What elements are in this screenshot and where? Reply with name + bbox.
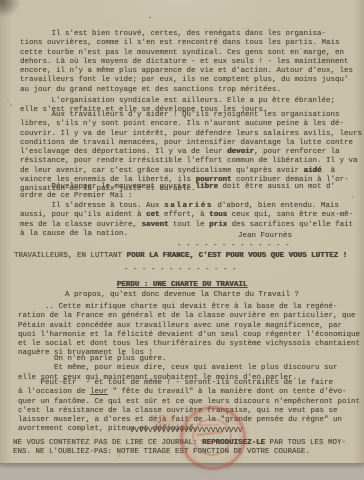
slogan-travailleurs: TRAVAILLEURS, EN LUTTANT POUR LA FRANCE,… xyxy=(14,252,347,261)
dashed-separator-1: - - - - - - - - - - - - - xyxy=(177,242,290,251)
paragraph-mirifique-charte: .. Cette mirifique charte qui devait êtr… xyxy=(18,303,360,359)
section-subtitle: A propos, qu'est donc devenue la Charte … xyxy=(0,291,364,300)
paper-stains xyxy=(0,0,2,2)
signature-jean-fournes: Jean Fournès xyxy=(238,232,292,241)
footer-reproduisez: NE VOUS CONTENTEZ PAS DE LIRE CE JOURNAL… xyxy=(13,439,346,458)
v-for-victory-row: VVVVVVVVVVVVVVVVVVVVVVVVV xyxy=(130,427,243,436)
dashed-separator-2: - - - - - - - - - - - - - xyxy=(124,266,237,275)
paragraph-developper: Développer le mouvement ouvrier libre do… xyxy=(20,183,335,202)
section-title-perdu-charte: PERDU : UNE CHARTE DU TRAVAIL xyxy=(0,281,364,290)
paragraph-renegats: Il s'est bien trouvé, certes, des renéga… xyxy=(20,30,353,95)
typed-dot-mark: . xyxy=(148,13,153,22)
paragraph-il-sadresse: Il s'adresse à tous. Aux salariés d'abor… xyxy=(20,202,353,239)
scanned-leaflet: . Il s'est bien trouvé, certes, des rené… xyxy=(0,0,364,480)
